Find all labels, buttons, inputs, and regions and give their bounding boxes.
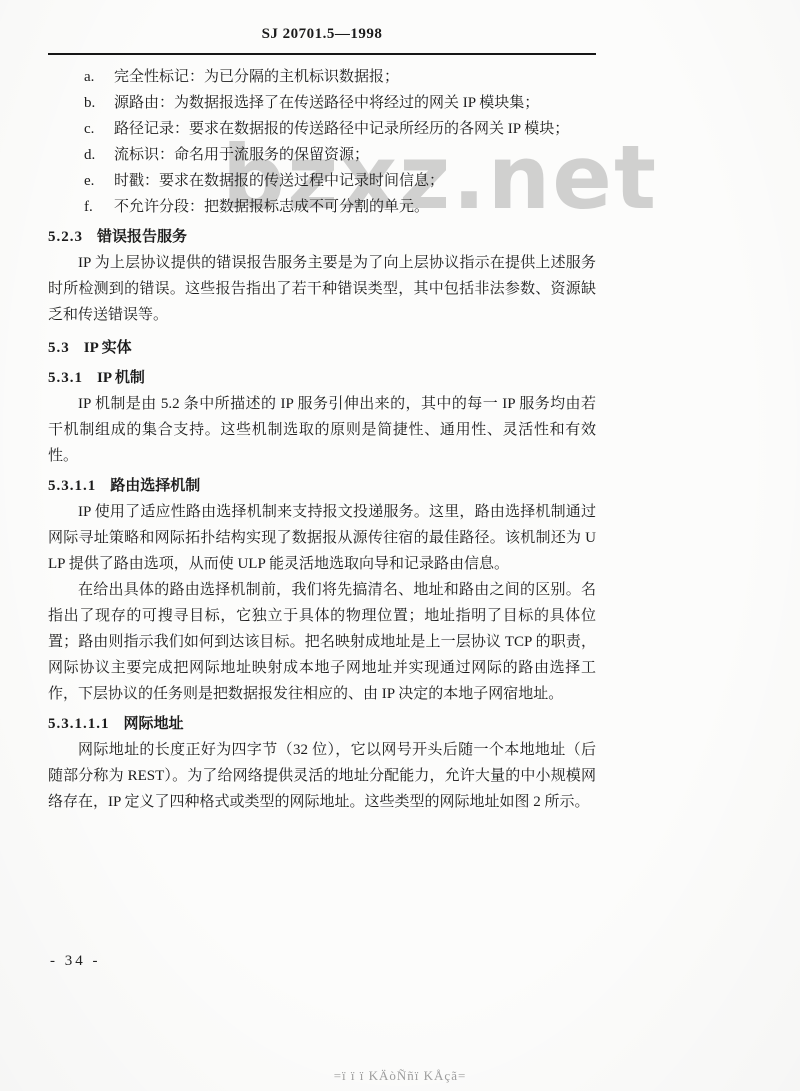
list-item: f. 不允许分段：把数据报标志成不可分割的单元。 xyxy=(48,194,596,220)
section-number: 5.3.1.1 xyxy=(48,473,96,499)
scanned-document-page: bzxz.net SJ 20701.5—1998 a. 完全性标记：为已分隔的主… xyxy=(0,0,800,1091)
list-item-text: 流标识：命名用于流服务的保留资源； xyxy=(114,147,369,163)
section-heading-5-3: 5.3IP 实体 xyxy=(48,335,596,361)
list-item-letter: d. xyxy=(84,142,95,168)
document-content: SJ 20701.5—1998 a. 完全性标记：为已分隔的主机标识数据报； b… xyxy=(48,22,596,815)
footer-encoding-mark: =ï ï ï KÄòÑñï KÅçã= xyxy=(0,1068,800,1084)
list-item-letter: c. xyxy=(84,116,94,142)
standard-number-header: SJ 20701.5—1998 xyxy=(48,22,596,46)
section-heading-5-2-3: 5.2.3错误报告服务 xyxy=(48,224,596,250)
list-item-letter: a. xyxy=(84,64,94,90)
list-item-text: 不允许分段：把数据报标志成不可分割的单元。 xyxy=(114,199,429,215)
list-item-letter: e. xyxy=(84,168,94,194)
paragraph: 网际地址的长度正好为四字节（32 位），它以网号开头后随一个本地地址（后随部分称… xyxy=(48,737,596,815)
section-title: 错误报告服务 xyxy=(97,229,187,245)
section-heading-5-3-1-1: 5.3.1.1路由选择机制 xyxy=(48,473,596,499)
section-title: 网际地址 xyxy=(124,716,184,732)
section-title: IP 实体 xyxy=(84,340,132,356)
section-heading-5-3-1-1-1: 5.3.1.1.1网际地址 xyxy=(48,711,596,737)
list-item: e. 时戳：要求在数据报的传送过程中记录时间信息； xyxy=(48,168,596,194)
list-item: b. 源路由：为数据报选择了在传送路径中将经过的网关 IP 模块集； xyxy=(48,90,596,116)
paragraph: IP 机制是由 5.2 条中所描述的 IP 服务引伸出来的，其中的每一 IP 服… xyxy=(48,391,596,469)
list-item-letter: b. xyxy=(84,90,95,116)
service-option-list: a. 完全性标记：为已分隔的主机标识数据报； b. 源路由：为数据报选择了在传送… xyxy=(48,64,596,220)
paragraph: 在给出具体的路由选择机制前，我们将先搞清名、地址和路由之间的区别。名指出了现存的… xyxy=(48,577,596,707)
list-item-text: 路径记录：要求在数据报的传送路径中记录所经历的各网关 IP 模块； xyxy=(114,121,569,137)
section-title: 路由选择机制 xyxy=(110,478,200,494)
page-number: - 34 - xyxy=(50,953,101,970)
list-item: c. 路径记录：要求在数据报的传送路径中记录所经历的各网关 IP 模块； xyxy=(48,116,596,142)
list-item-text: 完全性标记：为已分隔的主机标识数据报； xyxy=(114,69,399,85)
paragraph: IP 为上层协议提供的错误报告服务主要是为了向上层协议指示在提供上述服务时所检测… xyxy=(48,250,596,328)
section-title: IP 机制 xyxy=(97,370,145,386)
paragraph: IP 使用了适应性路由选择机制来支持报文投递服务。这里，路由选择机制通过网际寻址… xyxy=(48,499,596,577)
section-number: 5.3.1.1.1 xyxy=(48,711,110,737)
header-rule xyxy=(48,53,596,55)
list-item: a. 完全性标记：为已分隔的主机标识数据报； xyxy=(48,64,596,90)
section-number: 5.2.3 xyxy=(48,224,83,250)
list-item: d. 流标识：命名用于流服务的保留资源； xyxy=(48,142,596,168)
list-item-letter: f. xyxy=(84,194,93,220)
section-number: 5.3.1 xyxy=(48,365,83,391)
section-number: 5.3 xyxy=(48,335,70,361)
list-item-text: 源路由：为数据报选择了在传送路径中将经过的网关 IP 模块集； xyxy=(114,95,539,111)
list-item-text: 时戳：要求在数据报的传送过程中记录时间信息； xyxy=(114,173,444,189)
section-heading-5-3-1: 5.3.1IP 机制 xyxy=(48,365,596,391)
